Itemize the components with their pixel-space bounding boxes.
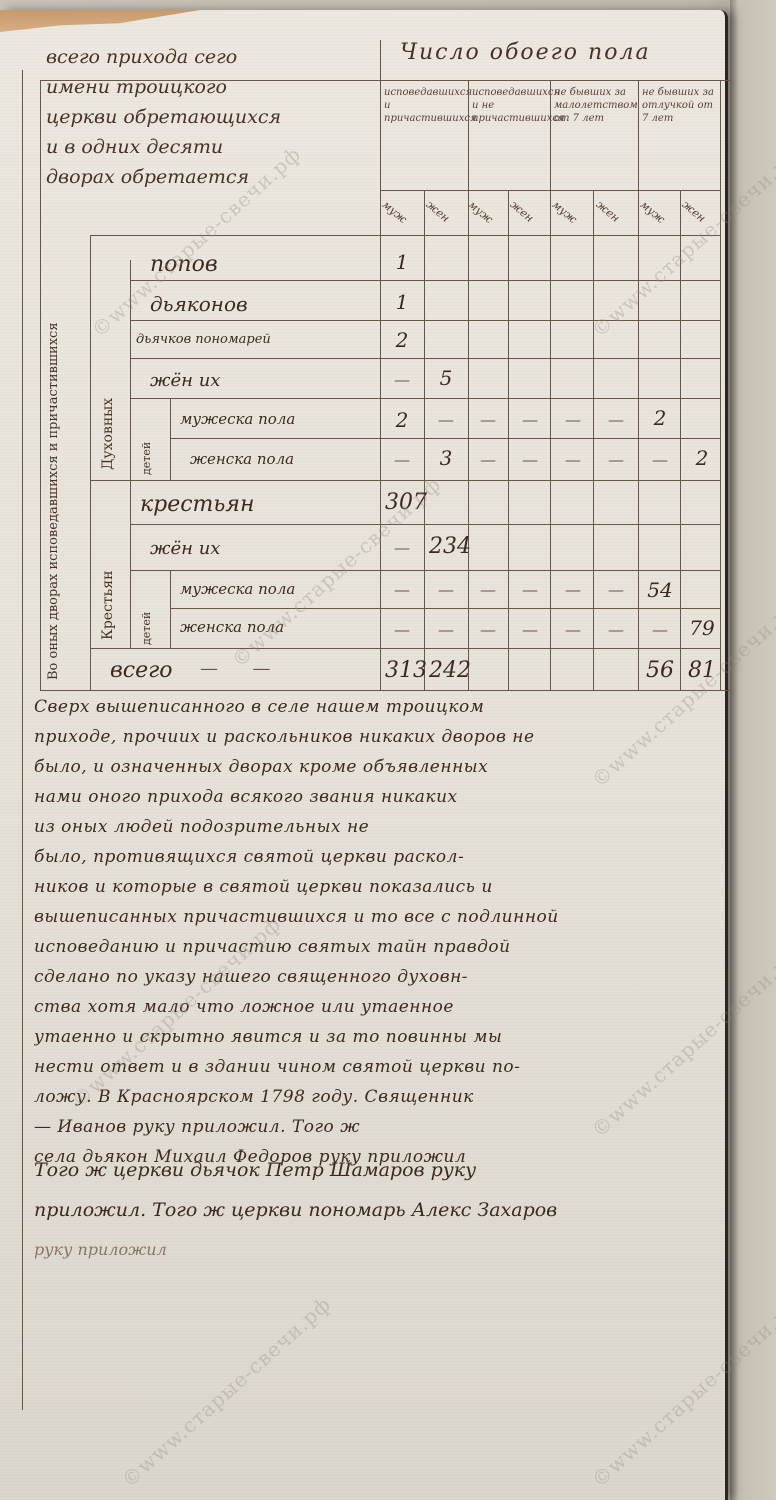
confession-register-table: всего прихода сего имени троицкого церкв… xyxy=(40,40,730,690)
cell-priests-m: 1 xyxy=(384,250,420,274)
text-line: ства хотя мало что ложное или утаенное xyxy=(34,992,724,1022)
rule xyxy=(90,235,91,690)
header-line: имени троицкого xyxy=(46,72,374,102)
cell: — xyxy=(598,580,634,599)
column-group-header: не бывших за малолетством от 7 лет xyxy=(554,86,636,125)
cell: — xyxy=(555,410,591,429)
signature-line: приложил. Того ж церкви пономарь Алекс З… xyxy=(34,1190,724,1230)
row-label-priests: попов xyxy=(150,252,218,277)
cell-deacons-m: 1 xyxy=(384,290,420,314)
cell-young-sons: 2 xyxy=(642,406,678,430)
left-margin-rule xyxy=(22,70,23,1410)
cell-wives-f: 5 xyxy=(428,366,464,390)
sex-column-header: муж xyxy=(466,198,496,226)
table-header-left: всего прихода сего имени троицкого церкв… xyxy=(40,40,380,230)
cell-daughters-f: 3 xyxy=(428,446,464,470)
text-line: исповеданию и причастию святых тайн прав… xyxy=(34,932,724,962)
cell: — xyxy=(470,410,506,429)
cell: — xyxy=(512,410,548,429)
vertical-label-clergy: Духовных xyxy=(100,270,116,470)
cell: — xyxy=(598,450,634,469)
rule xyxy=(720,80,721,690)
row-label-clerks: дьячков пономарей xyxy=(136,332,271,347)
text-line: было, противящихся святой церкви раскол- xyxy=(34,842,724,872)
cell: — xyxy=(470,580,506,599)
cell-peasant-young-sons: 54 xyxy=(642,578,678,602)
cell: — xyxy=(598,620,634,639)
rule xyxy=(130,570,720,571)
rule xyxy=(424,190,425,690)
text-line: приходе, прочиих и раскольников никаких … xyxy=(34,722,724,752)
cell: — xyxy=(642,450,678,469)
text-line: Сверх вышеписанного в селе нашем троицко… xyxy=(34,692,724,722)
cell-peasant-young-daughters: 79 xyxy=(684,616,720,640)
row-label-female: женска пола xyxy=(180,618,284,636)
cell: — xyxy=(470,450,506,469)
signature-line: Того ж церкви дьячок Петр Шамаров руку xyxy=(34,1150,724,1190)
cell: — xyxy=(384,538,420,557)
rule xyxy=(550,80,551,690)
certification-text: Сверх вышеписанного в селе нашем троицко… xyxy=(34,692,724,1172)
vertical-label-peasant-children: детей xyxy=(140,575,153,645)
rule xyxy=(170,438,720,439)
document-page: всего прихода сего имени троицкого церкв… xyxy=(0,10,728,1500)
cell-sons-m: 2 xyxy=(384,408,420,432)
text-line: нами оного прихода всякого звания никаки… xyxy=(34,782,724,812)
vertical-label-clergy-children: детей xyxy=(140,405,153,475)
vertical-label-peasants: Крестьян xyxy=(100,490,116,640)
row-label-male: мужеска пола xyxy=(180,580,295,598)
torn-corner xyxy=(0,10,200,32)
text-line: утаенно и скрытно явится и за то повинны… xyxy=(34,1022,724,1052)
vertical-label-outer: Во оных дворах исповедавшихся и причасти… xyxy=(46,260,61,680)
cell: — xyxy=(642,620,678,639)
text-line: сделано по указу нашего священного духов… xyxy=(34,962,724,992)
cell-young-daughters: 2 xyxy=(684,446,720,470)
header-line: всего прихода сего xyxy=(46,42,374,72)
cell: — xyxy=(555,450,591,469)
column-group-header: не бывших за отлучкой от 7 лет xyxy=(642,86,718,125)
rule xyxy=(130,358,720,359)
row-label-wives: жён их xyxy=(150,370,220,391)
cell-clerks-m: 2 xyxy=(384,328,420,352)
sex-column-header: жен xyxy=(680,198,708,225)
total-f: 242 xyxy=(428,658,472,683)
rule xyxy=(170,398,171,480)
row-label-female: женска пола xyxy=(190,450,294,468)
text-line: из оных людей подозрительных не xyxy=(34,812,724,842)
row-label-deacons: дьяконов xyxy=(150,292,248,316)
text-line: было, и означенных дворах кроме объявлен… xyxy=(34,752,724,782)
rule xyxy=(90,480,720,481)
rule xyxy=(90,235,720,236)
row-label-peasants: крестьян xyxy=(140,492,254,517)
adjacent-page-edge xyxy=(730,0,776,1500)
column-group-header: исповедавшихся и не причастившихся xyxy=(472,86,548,125)
text-line: — Иванов руку приложил. Того ж xyxy=(34,1112,724,1142)
cell: — xyxy=(470,620,506,639)
text-line: ников и которые в святой церкви показали… xyxy=(34,872,724,902)
rule xyxy=(130,320,720,321)
cell: — xyxy=(512,450,548,469)
rule xyxy=(90,648,720,649)
text-line: вышеписанных причастившихся и то все с п… xyxy=(34,902,724,932)
row-label-wives: жён их xyxy=(150,538,220,559)
total-dash: — — xyxy=(200,658,270,679)
rule xyxy=(130,398,720,399)
rule xyxy=(170,570,171,648)
rule xyxy=(170,608,720,609)
text-line: нести ответ и в здании чином святой церк… xyxy=(34,1052,724,1082)
row-label-total: всего xyxy=(110,658,173,683)
header-line: церкви обретающихся xyxy=(46,102,374,132)
rule xyxy=(130,260,131,648)
sex-column-header: жен xyxy=(594,198,622,225)
cell-peasants-m: 307 xyxy=(384,490,428,515)
cell-peasant-wives-f: 234 xyxy=(428,534,472,559)
rule xyxy=(638,80,639,690)
signature-block: Того ж церкви дьячок Петр Шамаров руку п… xyxy=(34,1150,724,1270)
cell: — xyxy=(428,620,464,639)
total-young-m: 56 xyxy=(642,658,678,683)
sex-column-header: муж xyxy=(550,198,580,226)
sex-column-header: муж xyxy=(380,198,410,226)
rule xyxy=(130,524,720,525)
header-line: дворах обретается xyxy=(46,162,374,192)
cell: — xyxy=(428,410,464,429)
cell: — xyxy=(555,620,591,639)
cell: — xyxy=(384,580,420,599)
cell: — xyxy=(384,620,420,639)
rule xyxy=(680,190,681,690)
sex-column-header: жен xyxy=(508,198,536,225)
cell: — xyxy=(428,580,464,599)
row-label-male: мужеска пола xyxy=(180,410,295,428)
sex-column-header: муж xyxy=(638,198,668,226)
text-line: ложу. В Красноярском 1798 году. Священни… xyxy=(34,1082,724,1112)
header-line: и в одних десяти xyxy=(46,132,374,162)
rule xyxy=(593,190,594,690)
rule xyxy=(130,280,720,281)
cell: — xyxy=(512,580,548,599)
cell: — xyxy=(555,580,591,599)
cell: — xyxy=(384,450,420,469)
rule xyxy=(468,80,469,690)
cell: — xyxy=(598,410,634,429)
table-header-title: Число обоего пола xyxy=(390,40,720,80)
total-young-f: 81 xyxy=(684,658,720,683)
total-m: 313 xyxy=(384,658,428,683)
column-group-header: исповедавшихся и причастившихся xyxy=(384,86,466,125)
sex-column-header: жен xyxy=(424,198,452,225)
rule xyxy=(40,690,730,691)
cell-wives-m: — xyxy=(384,370,420,389)
rule xyxy=(380,40,381,690)
cell: — xyxy=(512,620,548,639)
rule xyxy=(508,190,509,690)
signature-line: руку приложил xyxy=(34,1230,724,1270)
